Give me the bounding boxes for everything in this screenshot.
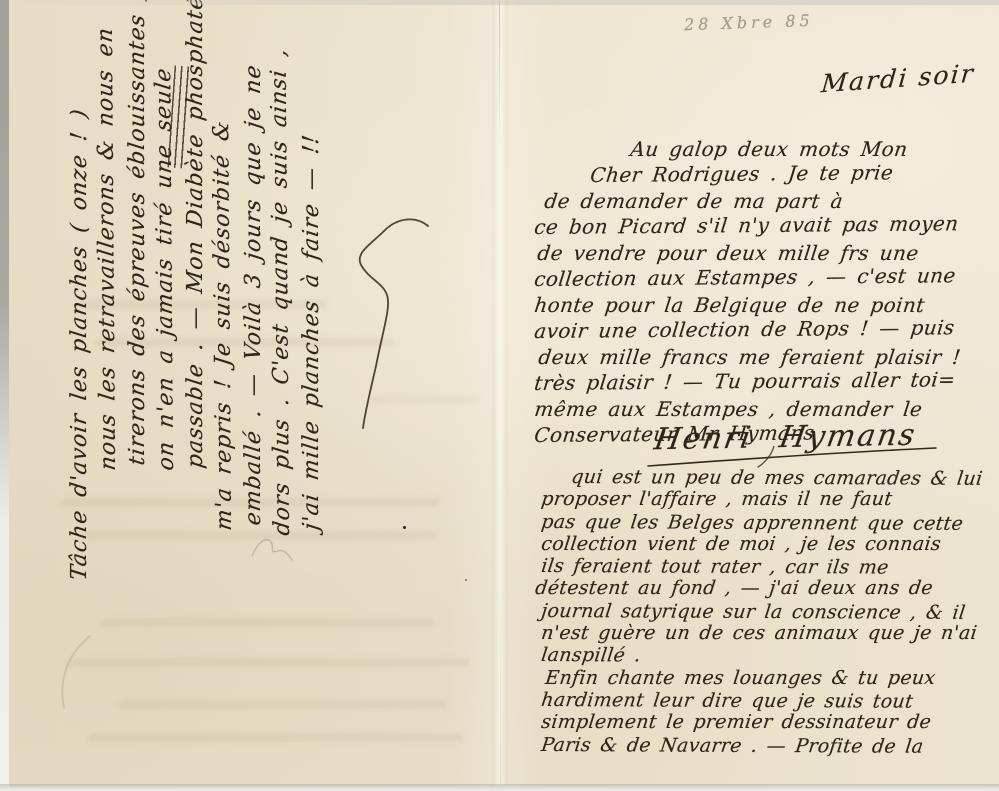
handwritten-line: pas que les Belges apprennent que cette <box>540 511 999 535</box>
handwritten-line: m'a repris ! Je suis désorbité & <box>206 3 239 532</box>
handwritten-line: ils feraient tout rater , car ils me <box>540 555 999 579</box>
pencil-date-annotation: 28 Xbre 85 <box>684 11 814 35</box>
handwritten-line: Cher Rodrigues . Je te prie <box>589 158 998 188</box>
right-page-paragraph-1: Au galop deux mots MonCher Rodrigues . J… <box>533 136 995 448</box>
ink-dot <box>465 579 467 581</box>
handwritten-line: collection vient de moi , je les connais <box>540 533 999 555</box>
pencil-squiggle <box>246 530 298 570</box>
dateline: Mardi soir <box>820 59 976 99</box>
scan-edge-top <box>0 0 999 5</box>
handwritten-line: simplement le premier dessinateur de <box>540 711 999 733</box>
name-underline-stroke <box>646 446 938 468</box>
handwritten-line: lanspillé . <box>540 644 999 668</box>
handwritten-line: Enfin chante mes louanges & tu peux <box>544 667 999 689</box>
handwritten-line: qui est un peu de mes camarades & lui <box>570 466 999 490</box>
ink-showthrough <box>69 658 471 667</box>
handwritten-line: n'est guère un de ces animaux que je n'a… <box>540 622 999 644</box>
handwritten-line: ce bon Picard s'il n'y avait pas moyen <box>533 210 998 240</box>
handwritten-line: Paris & de Navarre . — Profite de la <box>540 734 999 758</box>
scan-edge-bottom <box>0 784 999 791</box>
handwritten-line: très plaisir ! — Tu pourrais aller toi= <box>533 366 998 396</box>
ink-dot <box>403 526 406 529</box>
handwritten-line: détestent au fond , — j'ai deux ans de <box>534 577 999 599</box>
handwritten-line: Tâche d'avoir les planches ( onze ! ) <box>65 3 94 582</box>
handwritten-line: avoir une collection de Rops ! — puis <box>533 314 998 344</box>
ink-flourish <box>338 208 442 440</box>
handwritten-line: proposer l'affaire , mais il ne faut <box>540 488 999 510</box>
center-fold-crease <box>492 0 508 791</box>
handwritten-line: hardiment leur dire que je suis tout <box>540 689 999 713</box>
scan-edge-left <box>0 0 9 791</box>
ink-showthrough-curve <box>40 632 110 712</box>
handwritten-line: emballé . — Voilà 3 jours que je ne <box>239 3 268 527</box>
handwritten-line: nous les retravaillerons & nous en <box>91 3 123 472</box>
ink-showthrough <box>87 733 464 742</box>
letter-paper: 28 Xbre 85 Mardi soir Au galop deux mots… <box>0 0 999 791</box>
handwritten-line: tirerons des épreuves éblouissantes , <box>123 3 152 467</box>
ink-showthrough <box>117 700 449 709</box>
right-page-paragraph-2: qui est un peu de mes camarades & luipro… <box>540 466 996 756</box>
handwritten-line: journal satyrique sur la conscience , & … <box>540 600 999 624</box>
letter-scan: 28 Xbre 85 Mardi soir Au galop deux mots… <box>0 0 999 791</box>
ink-showthrough <box>99 618 436 627</box>
left-page-rotated-text: Tâche d'avoir les planches ( onze ! )nou… <box>65 7 326 582</box>
handwritten-line: j'ai mille planches à faire — !! <box>297 3 326 532</box>
handwritten-line: dors plus . C'est quand je suis ainsi , <box>264 3 297 537</box>
handwritten-line: collection aux Estampes , — c'est une <box>533 262 998 292</box>
